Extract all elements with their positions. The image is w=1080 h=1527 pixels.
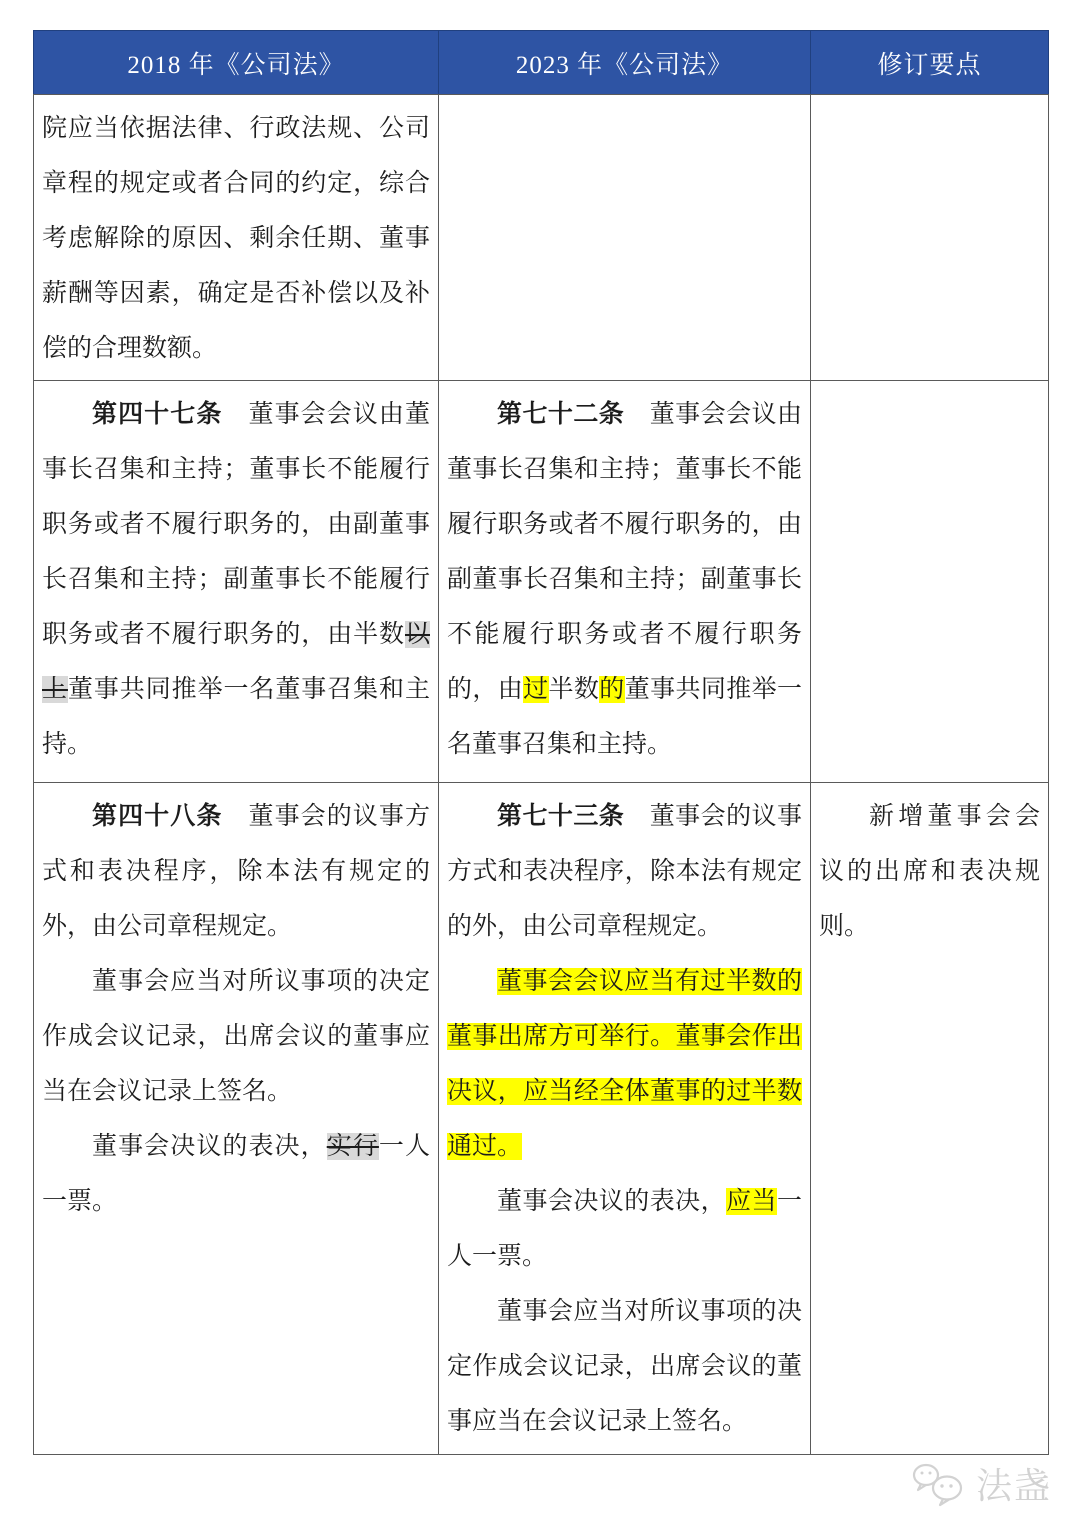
wechat-bubbles-icon xyxy=(910,1461,968,1507)
cell-2023-law: 第七十二条 董事会会议由董事长召集和主持；董事长不能履行职务或者不履行职务的，由… xyxy=(439,381,811,783)
cell-2023-law: 第七十三条 董事会的议事方式和表决程序，除本法有规定的外，由公司章程规定。董事会… xyxy=(439,783,811,1455)
paragraph: 第四十八条 董事会的议事方式和表决程序，除本法有规定的外，由公司章程规定。 xyxy=(42,789,430,954)
text-segment: 新增董事会会议的出席和表决规则。 xyxy=(819,803,1040,940)
paragraph: 董事会会议应当有过半数的董事出席方可举行。董事会作出决议，应当经全体董事的过半数… xyxy=(447,954,802,1174)
watermark-text: 法盏 xyxy=(976,1458,1052,1509)
added-highlight: 应当 xyxy=(726,1188,777,1215)
text-segment: 董事会决议的表决， xyxy=(92,1133,327,1160)
document-page: 2018 年《公司法》 2023 年《公司法》 修订要点 院应当依据法律、行政法… xyxy=(0,0,1080,1527)
cell-2018-law: 第四十八条 董事会的议事方式和表决程序，除本法有规定的外，由公司章程规定。董事会… xyxy=(34,783,439,1455)
header-revision-points: 修订要点 xyxy=(811,31,1049,95)
text-segment: 院应当依据法律、行政法规、公司章程的规定或者合同的约定，综合考虑解除的原因、剩余… xyxy=(42,115,430,362)
cell-revision-points xyxy=(811,381,1049,783)
article-number: 第四十七条 xyxy=(92,401,222,428)
paragraph: 董事会应当对所议事项的决定作成会议记录，出席会议的董事应当在会议记录上签名。 xyxy=(447,1284,802,1449)
text-segment: 董事会应当对所议事项的决定作成会议记录，出席会议的董事应当在会议记录上签名。 xyxy=(447,1298,802,1435)
header-2018-law: 2018 年《公司法》 xyxy=(34,31,439,95)
header-row: 2018 年《公司法》 2023 年《公司法》 修订要点 xyxy=(34,31,1049,95)
table-row: 院应当依据法律、行政法规、公司章程的规定或者合同的约定，综合考虑解除的原因、剩余… xyxy=(34,95,1049,381)
cell-2023-law xyxy=(439,95,811,381)
cell-revision-points xyxy=(811,95,1049,381)
table-row: 第四十八条 董事会的议事方式和表决程序，除本法有规定的外，由公司章程规定。董事会… xyxy=(34,783,1049,1455)
text-segment: 半数 xyxy=(549,676,600,703)
added-highlight: 过 xyxy=(523,676,548,703)
header-2023-law: 2023 年《公司法》 xyxy=(439,31,811,95)
paragraph: 第七十三条 董事会的议事方式和表决程序，除本法有规定的外，由公司章程规定。 xyxy=(447,789,802,954)
paragraph: 董事会应当对所议事项的决定作成会议记录，出席会议的董事应当在会议记录上签名。 xyxy=(42,954,430,1119)
paragraph: 新增董事会会议的出席和表决规则。 xyxy=(819,789,1040,954)
paragraph: 第七十二条 董事会会议由董事长召集和主持；董事长不能履行职务或者不履行职务的，由… xyxy=(447,387,802,772)
paragraph: 院应当依据法律、行政法规、公司章程的规定或者合同的约定，综合考虑解除的原因、剩余… xyxy=(42,101,430,376)
paragraph: 董事会决议的表决，实行一人一票。 xyxy=(42,1119,430,1229)
comparison-table: 2018 年《公司法》 2023 年《公司法》 修订要点 院应当依据法律、行政法… xyxy=(33,30,1049,1455)
cell-2018-law: 第四十七条 董事会会议由董事长召集和主持；董事长不能履行职务或者不履行职务的，由… xyxy=(34,381,439,783)
text-segment: 董事共同推举一名董事召集和主持。 xyxy=(42,676,430,758)
cell-2018-law: 院应当依据法律、行政法规、公司章程的规定或者合同的约定，综合考虑解除的原因、剩余… xyxy=(34,95,439,381)
text-segment: 董事会决议的表决， xyxy=(497,1188,726,1215)
added-highlight: 董事会会议应当有过半数的董事出席方可举行。董事会作出决议，应当经全体董事的过半数… xyxy=(447,968,802,1160)
text-segment: 董事会会议由董事长召集和主持；董事长不能履行职务或者不履行职务的，由副董事长召集… xyxy=(447,401,802,703)
text-segment: 董事会会议由董事长召集和主持；董事长不能履行职务或者不履行职务的，由副董事长召集… xyxy=(42,401,430,648)
table-row: 第四十七条 董事会会议由董事长召集和主持；董事长不能履行职务或者不履行职务的，由… xyxy=(34,381,1049,783)
article-number: 第七十三条 xyxy=(497,803,624,830)
article-number: 第七十二条 xyxy=(497,401,624,428)
paragraph: 董事会决议的表决，应当一人一票。 xyxy=(447,1174,802,1284)
text-segment: 董事会应当对所议事项的决定作成会议记录，出席会议的董事应当在会议记录上签名。 xyxy=(42,968,430,1105)
paragraph: 第四十七条 董事会会议由董事长召集和主持；董事长不能履行职务或者不履行职务的，由… xyxy=(42,387,430,772)
cell-revision-points: 新增董事会会议的出席和表决规则。 xyxy=(811,783,1049,1455)
deleted-text: 实行 xyxy=(327,1133,379,1160)
article-number: 第四十八条 xyxy=(92,803,222,830)
added-highlight: 的 xyxy=(599,676,624,703)
watermark: 法盏 xyxy=(910,1458,1052,1509)
